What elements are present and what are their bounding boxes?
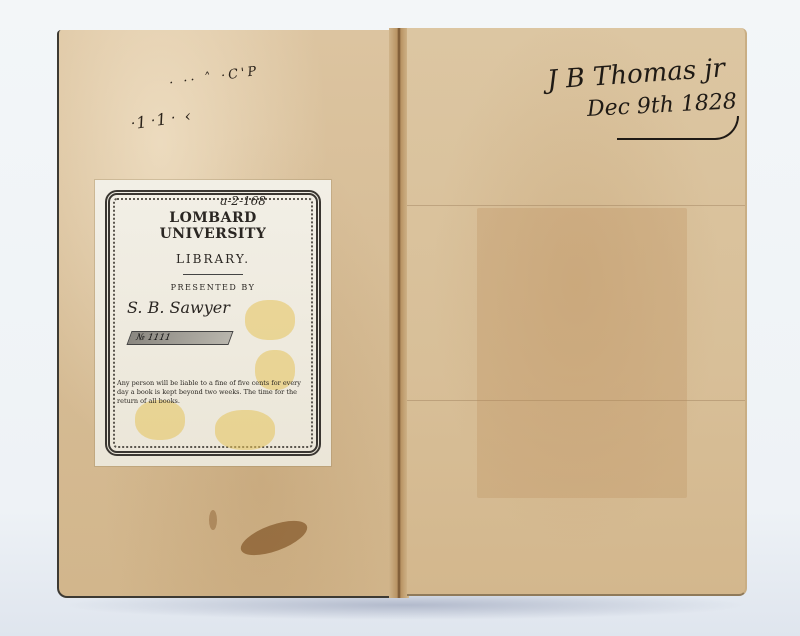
bookplate-offset-shadow — [477, 208, 687, 498]
front-endpaper: J B Thomas jr Dec 9th 1828 — [407, 28, 747, 596]
foxing-stain — [135, 400, 185, 440]
bookplate-title: LOMBARD UNIVERSITY — [117, 210, 309, 242]
fold-crease — [407, 205, 745, 206]
inside-front-cover: · ·· ˄ ·C'P ᐧ1ᐧ1ᐧ ‹ a-2-168 LOMBARD UNIV… — [57, 30, 397, 598]
divider — [183, 274, 243, 275]
photo-scene: · ·· ˄ ·C'P ᐧ1ᐧ1ᐧ ‹ a-2-168 LOMBARD UNIV… — [0, 0, 800, 636]
ink-marks: ᐧ1ᐧ1ᐧ ‹ — [128, 106, 195, 134]
small-stain — [209, 510, 217, 530]
book-hinge — [389, 28, 409, 598]
brown-stain — [237, 514, 312, 562]
donor-signature: S. B. Sawyer — [127, 298, 309, 317]
library-bookplate: a-2-168 LOMBARD UNIVERSITY LIBRARY. PRES… — [95, 180, 331, 466]
faint-pencil-marks: · ·· ˄ ·C'P — [168, 64, 260, 91]
bookplate-text: a-2-168 LOMBARD UNIVERSITY LIBRARY. PRES… — [117, 194, 309, 405]
owner-inscription: J B Thomas jr Dec 9th 1828 — [547, 58, 739, 140]
foxing-stain — [215, 410, 275, 450]
bookplate-subtitle: LIBRARY. — [117, 252, 309, 266]
open-book: · ·· ˄ ·C'P ᐧ1ᐧ1ᐧ ‹ a-2-168 LOMBARD UNIV… — [57, 28, 752, 600]
call-number: a-2-168 — [177, 194, 309, 208]
presented-by-label: PRESENTED BY — [117, 283, 309, 292]
accession-number: № 1111 — [126, 331, 233, 345]
fine-notice: Any person will be liable to a fine of f… — [117, 379, 309, 405]
